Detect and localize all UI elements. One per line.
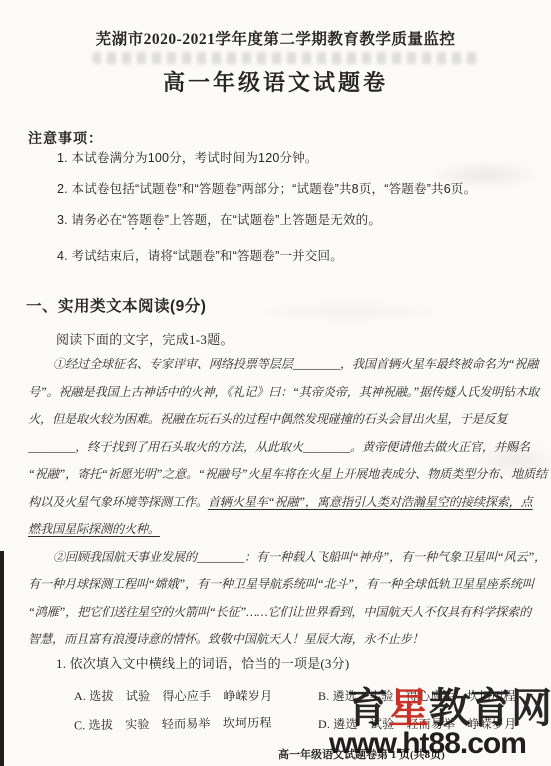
notice-item-3-post: ”上答题，在“试题卷”上答题是无效的。 — [165, 213, 381, 227]
scan-smudge — [250, 300, 450, 324]
question-1-option-c: C. 选拔 实验 轻而易举 坎坷历程 — [74, 714, 272, 734]
notice-item-2: 2. 本试卷包括“试题卷”和“答题卷”两部分；“试题卷”共8页，“答题卷”共6页… — [57, 179, 476, 197]
reading-passage: ①经过全球征名、专家评审、网络投票等层层________，我国首辆火星车最终被命… — [28, 351, 551, 654]
passage-line: “祝融”，寄托“祈愿光明”之意。“祝融号”火星车将在火星上开展地表成分、物质类型… — [28, 461, 551, 489]
notice-heading: 注意事项： — [28, 128, 476, 148]
watermark-site-part2: 教育网 — [429, 685, 551, 731]
question-1-stem: 1. 依次填入文中横线上的词语，恰当的一项是(3分) — [56, 653, 349, 672]
passage-line: 号”。祝融是我国上古神话中的火神，《礼记》曰：“其帝炎帝，其神祝融。”据传燧人氏… — [28, 379, 551, 407]
notice-section: 注意事项： 1. 本试卷满分为100分，考试时间为120分钟。 2. 本试卷包括… — [28, 128, 476, 277]
exam-header: 芜湖市2020-2021学年度第二学期教育教学质量监控 — [0, 27, 551, 49]
notice-item-3-pre: 3. 请务必在“ — [57, 213, 127, 227]
question-1-option-a: A. 选拔 试验 得心应手 峥嵘岁月 — [74, 687, 272, 704]
passage-line: 智慧，而且富有浪漫诗意的情怀。致敬中国航天人！星辰大海，永不止步！ — [28, 626, 551, 654]
exam-title: 高一年级语文试题卷 — [0, 66, 551, 97]
notice-item-3: 3. 请务必在“答题卷”上答题，在“试题卷”上答题是无效的。 — [57, 210, 476, 233]
watermark-site-name: 育星教育网 — [347, 688, 551, 729]
section-one-heading: 一、实用类文本阅读(9分) — [26, 294, 206, 316]
notice-item-1: 1. 本试卷满分为100分，考试时间为120分钟。 — [57, 148, 476, 166]
passage-line-7-underlined: 燃我国星际探测的火种。 — [28, 522, 160, 536]
passage-line: ②回顾我国航天事业发展的________：有一种载人飞船叫“神舟”，有一种气象卫… — [28, 544, 551, 572]
passage-line: “鸿雁”，把它们送往星空的火箭叫“长征”……它们让世界看到，中国航天人不仅具有科… — [28, 599, 551, 627]
passage-line: ①经过全球征名、专家评审、网络投票等层层________，我国首辆火星车最终被命… — [28, 351, 551, 379]
reading-instruction: 阅读下面的文字，完成1-3题。 — [56, 329, 234, 348]
passage-line-6-underlined: 首辆火星车“祝融”，寓意指引人类对浩瀚星空的接续探索，点 — [208, 495, 533, 509]
page-bleedthrough-artifact — [92, 52, 482, 64]
passage-line: ________，终于找到了用石头取火的方法，从此取火________。黄帝便请… — [28, 434, 551, 462]
passage-line: 有一种月球探测工程叫“嫦娥”，有一种卫星导航系统叫“北斗”，有一种全球低轨卫星星… — [28, 571, 551, 599]
notice-item-3-emphasized: 答题卷 — [127, 213, 165, 227]
watermark-url: www.ht88.com — [329, 729, 526, 759]
passage-line: 燃我国星际探测的火种。 — [28, 516, 551, 544]
passage-line: 火，但是取火较为困难。祝融在玩石头的过程中偶然发现碰撞的石头会冒出火星，于是反复 — [28, 406, 551, 434]
watermark-site-red-char: 星 — [388, 685, 429, 731]
scan-edge-artifact — [0, 551, 4, 766]
passage-line-6-plain: 构以及火星气象环境等探测工作。 — [28, 495, 208, 509]
passage-line: 构以及火星气象环境等探测工作。首辆火星车“祝融”，寓意指引人类对浩瀚星空的接续探… — [28, 489, 551, 517]
scanned-exam-page: 芜湖市2020-2021学年度第二学期教育教学质量监控 高一年级语文试题卷 注意… — [0, 0, 551, 766]
notice-item-4: 4. 考试结束后，请将“试题卷”和“答题卷”一并交回。 — [57, 246, 476, 264]
watermark-site-part1: 育 — [347, 685, 388, 731]
